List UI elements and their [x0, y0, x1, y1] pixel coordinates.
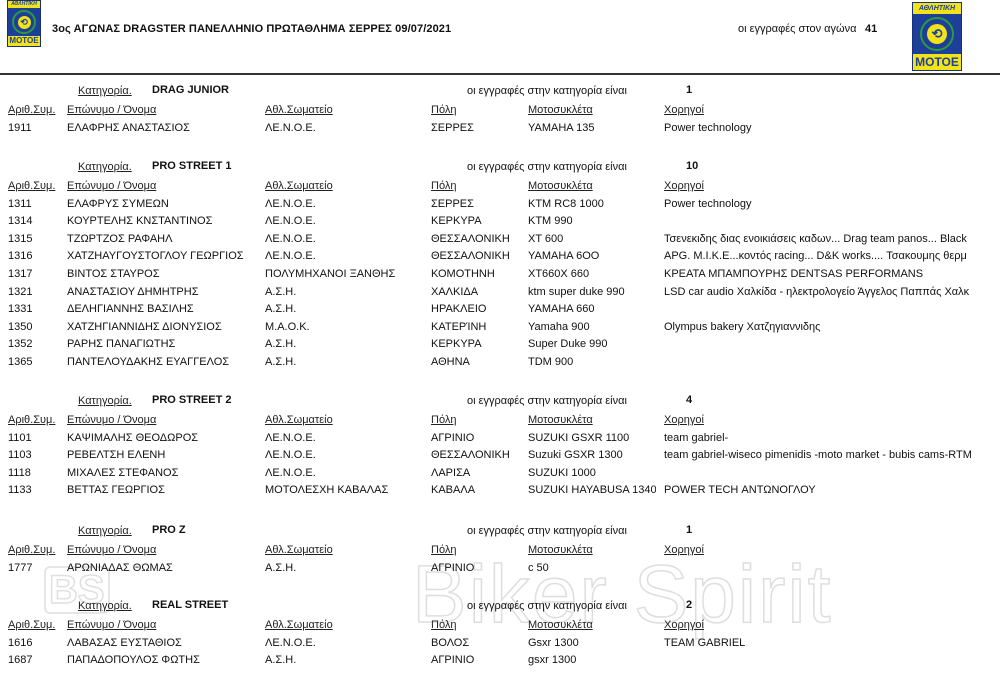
column-header-race-number: Αριθ.Συμ.	[8, 544, 63, 556]
cell-city: ΚΕΡΚΥΡΑ	[431, 338, 525, 350]
category-label: Κατηγορία.	[78, 525, 132, 537]
table-header-row: Αριθ.Συμ.Επώνυμο / ΌνομαΑθλ.ΣωματείοΠόλη…	[0, 178, 1000, 196]
column-header-rider-name: Επώνυμο / Όνομα	[67, 414, 262, 426]
column-header-club: Αθλ.Σωματείο	[265, 619, 425, 631]
cell-race-number: 1311	[8, 198, 63, 210]
category-name: REAL STREET	[152, 599, 228, 611]
cell-race-number: 1911	[8, 122, 63, 134]
category-section: Κατηγορία.DRAG JUNIORοι εγγραφές στην κα…	[0, 80, 1000, 137]
column-header-sponsors: Χορηγοί	[664, 544, 971, 556]
cell-rider-name: ΕΛΑΦΡΗΣ ΑΝΑΣΤΑΣΙΟΣ	[67, 122, 262, 134]
column-header-race-number: Αριθ.Συμ.	[8, 104, 63, 116]
cell-motorcycle: Suzuki GSXR 1300	[528, 449, 656, 461]
cell-club: ΛΕ.Ν.Ο.Ε.	[265, 233, 425, 245]
cell-city: ΣΕΡΡΕΣ	[431, 198, 525, 210]
category-count-label: οι εγγραφές στην κατηγορία είναι	[467, 395, 627, 407]
table-header-row: Αριθ.Συμ.Επώνυμο / ΌνομαΑθλ.ΣωματείοΠόλη…	[0, 617, 1000, 635]
cell-race-number: 1331	[8, 303, 63, 315]
cell-motorcycle: SUZUKI GSXR 1100	[528, 432, 656, 444]
category-header: Κατηγορία.PRO STREET 2οι εγγραφές στην κ…	[0, 390, 1000, 412]
category-label: Κατηγορία.	[78, 600, 132, 612]
cell-sponsors: team gabriel-wiseco pimenidis -moto mark…	[664, 449, 971, 461]
cell-race-number: 1321	[8, 286, 63, 298]
category-section: Κατηγορία.PRO Zοι εγγραφές στην κατηγορί…	[0, 520, 1000, 577]
column-header-rider-name: Επώνυμο / Όνομα	[67, 180, 262, 192]
column-header-city: Πόλη	[431, 414, 525, 426]
column-header-city: Πόλη	[431, 619, 525, 631]
cell-rider-name: ΔΕΛΗΓΙΑΝΝΗΣ ΒΑΣΙΛΗΣ	[67, 303, 262, 315]
cell-city: ΘΕΣΣΑΛΟΝΙΚΗ	[431, 250, 525, 262]
table-header-row: Αριθ.Συμ.Επώνυμο / ΌνομαΑθλ.ΣωματείοΠόλη…	[0, 542, 1000, 560]
cell-city: ΗΡΑΚΛΕΙΟ	[431, 303, 525, 315]
column-header-sponsors: Χορηγοί	[664, 104, 971, 116]
cell-city: ΚΟΜΟΤΗΝΗ	[431, 268, 525, 280]
table-row: 1365ΠΑΝΤΕΛΟΥΔΑΚΗΣ ΕΥΑΓΓΕΛΟΣΑ.Σ.Η.ΑΘΗΝΑTD…	[0, 354, 1000, 372]
table-row: 1103ΡΕΒΕΛΤΣΗ ΕΛΕΝΗΛΕ.Ν.Ο.Ε.ΘΕΣΣΑΛΟΝΙΚΗSu…	[0, 447, 1000, 465]
cell-motorcycle: YAMAHA 660	[528, 303, 656, 315]
header-divider	[0, 73, 1000, 75]
cell-rider-name: ΕΛΑΦΡΥΣ ΣΥΜΕΩΝ	[67, 198, 262, 210]
table-row: 1317ΒΙΝΤΟΣ ΣΤΑΥΡΟΣΠΟΛΥΜΗΧΑΝΟΙ ΞΑΝΘΗΣΚΟΜΟ…	[0, 266, 1000, 284]
table-row: 1311ΕΛΑΦΡΥΣ ΣΥΜΕΩΝΛΕ.Ν.Ο.Ε.ΣΕΡΡΕΣKTM RC8…	[0, 196, 1000, 214]
cell-motorcycle: TDM 900	[528, 356, 656, 368]
wreath-icon: ⟲	[920, 17, 954, 51]
category-label: Κατηγορία.	[78, 161, 132, 173]
column-header-motorcycle: Μοτοσυκλέτα	[528, 619, 656, 631]
cell-race-number: 1350	[8, 321, 63, 333]
cell-motorcycle: KTM RC8 1000	[528, 198, 656, 210]
wreath-icon: ⟲	[12, 10, 36, 34]
cell-motorcycle: SUZUKI HAYABUSA 1340	[528, 484, 656, 496]
category-header: Κατηγορία.PRO STREET 1οι εγγραφές στην κ…	[0, 156, 1000, 178]
cell-rider-name: ΠΑΝΤΕΛΟΥΔΑΚΗΣ ΕΥΑΓΓΕΛΟΣ	[67, 356, 262, 368]
cell-city: ΑΘΗΝΑ	[431, 356, 525, 368]
table-row: 1777ΑΡΩΝΙΑΔΑΣ ΘΩΜΑΣΑ.Σ.Η.ΑΓΡΙΝΙΟc 50	[0, 560, 1000, 578]
cell-rider-name: ΑΝΑΣΤΑΣΙΟΥ ΔΗΜΗΤΡΗΣ	[67, 286, 262, 298]
cell-club: ΠΟΛΥΜΗΧΑΝΟΙ ΞΑΝΘΗΣ	[265, 268, 425, 280]
category-count-label: οι εγγραφές στην κατηγορία είναι	[467, 600, 627, 612]
table-row: 1687ΠΑΠΑΔΟΠΟΥΛΟΣ ΦΩΤΗΣΑ.Σ.Η.ΑΓΡΙΝΙΟgsxr …	[0, 652, 1000, 670]
cell-rider-name: ΚΟΥΡΤΕΛΗΣ ΚΝΣΤΑΝΤΙΝΟΣ	[67, 215, 262, 227]
table-header-row: Αριθ.Συμ.Επώνυμο / ΌνομαΑθλ.ΣωματείοΠόλη…	[0, 412, 1000, 430]
column-header-club: Αθλ.Σωματείο	[265, 104, 425, 116]
motoe-logo-right: ΑΘΛΗΤΙΚΗ ⟲ ΜΟΤΟΕ	[912, 2, 962, 71]
column-header-rider-name: Επώνυμο / Όνομα	[67, 104, 262, 116]
cell-race-number: 1118	[8, 467, 63, 479]
table-row: 1321ΑΝΑΣΤΑΣΙΟΥ ΔΗΜΗΤΡΗΣΑ.Σ.Η.ΧΑΛΚΙΔΑktm …	[0, 284, 1000, 302]
cell-race-number: 1365	[8, 356, 63, 368]
cell-sponsors: LSD car audio Χαλκίδα - ηλεκτρολογείο Άγ…	[664, 286, 971, 298]
motoe-logo-left: ΑΘΛΗΤΙΚΗ ⟲ ΜΟΤΟΕ	[7, 0, 41, 47]
column-header-rider-name: Επώνυμο / Όνομα	[67, 619, 262, 631]
cell-rider-name: ΡΕΒΕΛΤΣΗ ΕΛΕΝΗ	[67, 449, 262, 461]
cell-race-number: 1315	[8, 233, 63, 245]
logo-top-text: ΑΘΛΗΤΙΚΗ	[8, 1, 40, 8]
logo-top-text: ΑΘΛΗΤΙΚΗ	[913, 3, 961, 14]
cell-club: ΛΕ.Ν.Ο.Ε.	[265, 250, 425, 262]
cell-race-number: 1316	[8, 250, 63, 262]
cell-rider-name: ΠΑΠΑΔΟΠΟΥΛΟΣ ΦΩΤΗΣ	[67, 654, 262, 666]
cell-motorcycle: c 50	[528, 562, 656, 574]
category-name: PRO Z	[152, 524, 186, 536]
cell-club: Α.Σ.Η.	[265, 338, 425, 350]
cell-club: ΛΕ.Ν.Ο.Ε.	[265, 215, 425, 227]
column-header-club: Αθλ.Σωματείο	[265, 414, 425, 426]
cell-club: Α.Σ.Η.	[265, 303, 425, 315]
cell-city: ΑΓΡΙΝΙΟ	[431, 562, 525, 574]
table-row: 1315ΤΖΩΡΤΖΟΣ ΡΑΦΑΗΛΛΕ.Ν.Ο.Ε.ΘΕΣΣΑΛΟΝΙΚΗX…	[0, 231, 1000, 249]
cell-sponsors: Power technology	[664, 122, 971, 134]
category-name: PRO STREET 1	[152, 160, 231, 172]
category-section: Κατηγορία.PRO STREET 2οι εγγραφές στην κ…	[0, 390, 1000, 500]
cell-club: ΛΕ.Ν.Ο.Ε.	[265, 637, 425, 649]
column-header-race-number: Αριθ.Συμ.	[8, 414, 63, 426]
cell-race-number: 1687	[8, 654, 63, 666]
column-header-race-number: Αριθ.Συμ.	[8, 180, 63, 192]
cell-city: ΚΑΒΑΛΑ	[431, 484, 525, 496]
cell-motorcycle: Super Duke 990	[528, 338, 656, 350]
category-header: Κατηγορία.PRO Zοι εγγραφές στην κατηγορί…	[0, 520, 1000, 542]
cell-club: Μ.Α.Ο.Κ.	[265, 321, 425, 333]
arrows-icon: ⟲	[18, 16, 31, 29]
table-row: 1133ΒΕΤΤΑΣ ΓΕΩΡΓΙΟΣΜΟΤΟΛΕΣΧΗ ΚΑΒΑΛΑΣΚΑΒΑ…	[0, 482, 1000, 500]
column-header-city: Πόλη	[431, 104, 525, 116]
cell-club: ΛΕ.Ν.Ο.Ε.	[265, 467, 425, 479]
cell-motorcycle: YAMAHA 135	[528, 122, 656, 134]
cell-motorcycle: YAMAHA 6OO	[528, 250, 656, 262]
cell-rider-name: ΧΑΤΖΗΑΥΓΟΥΣΤΟΓΛΟΥ ΓΕΩΡΓΙΟΣ	[67, 250, 262, 262]
cell-race-number: 1314	[8, 215, 63, 227]
cell-club: Α.Σ.Η.	[265, 356, 425, 368]
cell-motorcycle: XT 600	[528, 233, 656, 245]
cell-rider-name: ΜΙΧΑΛΕΣ ΣΤΕΦΑΝΟΣ	[67, 467, 262, 479]
cell-motorcycle: ktm super duke 990	[528, 286, 656, 298]
cell-race-number: 1777	[8, 562, 63, 574]
cell-sponsors: ΚΡΕΑΤΑ ΜΠΑΜΠΟΥΡΗΣ DENTSAS PERFORMANS	[664, 268, 971, 280]
cell-city: ΚΑΤΕΡΊΝΗ	[431, 321, 525, 333]
logo-bottom-text: ΜΟΤΟΕ	[8, 36, 40, 46]
cell-sponsors: team gabriel-	[664, 432, 971, 444]
category-header: Κατηγορία.REAL STREETοι εγγραφές στην κα…	[0, 595, 1000, 617]
cell-city: ΣΕΡΡΕΣ	[431, 122, 525, 134]
cell-club: Α.Σ.Η.	[265, 286, 425, 298]
cell-city: ΘΕΣΣΑΛΟΝΙΚΗ	[431, 233, 525, 245]
column-header-motorcycle: Μοτοσυκλέτα	[528, 414, 656, 426]
cell-rider-name: ΑΡΩΝΙΑΔΑΣ ΘΩΜΑΣ	[67, 562, 262, 574]
cell-sponsors: TEAM GABRIEL	[664, 637, 971, 649]
column-header-race-number: Αριθ.Συμ.	[8, 619, 63, 631]
cell-race-number: 1317	[8, 268, 63, 280]
cell-sponsors: Olympus bakery Χατζηγιαννιδης	[664, 321, 971, 333]
column-header-sponsors: Χορηγοί	[664, 619, 971, 631]
arrows-icon: ⟲	[927, 24, 947, 44]
cell-club: ΛΕ.Ν.Ο.Ε.	[265, 432, 425, 444]
cell-sponsors: Power technology	[664, 198, 971, 210]
cell-city: ΑΓΡΙΝΙΟ	[431, 432, 525, 444]
cell-rider-name: ΛΑΒΑΣΑΣ ΕΥΣΤΑΘΙΟΣ	[67, 637, 262, 649]
category-name: DRAG JUNIOR	[152, 84, 229, 96]
category-section: Κατηγορία.PRO STREET 1οι εγγραφές στην κ…	[0, 156, 1000, 372]
cell-motorcycle: KTM 990	[528, 215, 656, 227]
cell-rider-name: ΡΑΡΗΣ ΠΑΝΑΓΙΩΤΗΣ	[67, 338, 262, 350]
table-row: 1616ΛΑΒΑΣΑΣ ΕΥΣΤΑΘΙΟΣΛΕ.Ν.Ο.Ε.ΒΟΛΟΣ Gsxr…	[0, 635, 1000, 653]
cell-motorcycle: gsxr 1300	[528, 654, 656, 666]
cell-club: ΜΟΤΟΛΕΣΧΗ ΚΑΒΑΛΑΣ	[265, 484, 425, 496]
table-row: 1350ΧΑΤΖΗΓΙΑΝΝΙΔΗΣ ΔΙΟΝΥΣΙΟΣΜ.Α.Ο.Κ.ΚΑΤΕ…	[0, 319, 1000, 337]
category-count-label: οι εγγραφές στην κατηγορία είναι	[467, 161, 627, 173]
cell-motorcycle: SUZUKI 1000	[528, 467, 656, 479]
cell-city: ΧΑΛΚΙΔΑ	[431, 286, 525, 298]
category-header: Κατηγορία.DRAG JUNIORοι εγγραφές στην κα…	[0, 80, 1000, 102]
table-row: 1118ΜΙΧΑΛΕΣ ΣΤΕΦΑΝΟΣΛΕ.Ν.Ο.Ε.ΛΑΡΙΣΑSUZUK…	[0, 465, 1000, 483]
category-label: Κατηγορία.	[78, 395, 132, 407]
table-header-row: Αριθ.Συμ.Επώνυμο / ΌνομαΑθλ.ΣωματείοΠόλη…	[0, 102, 1000, 120]
column-header-city: Πόλη	[431, 544, 525, 556]
cell-club: ΛΕ.Ν.Ο.Ε.	[265, 449, 425, 461]
cell-rider-name: ΚΑΨΙΜΑΛΗΣ ΘΕΟΔΩΡΟΣ	[67, 432, 262, 444]
page-title: 3ος ΑΓΩΝΑΣ DRAGSTER ΠΑΝΕΛΛΗΝΙΟ ΠΡΩΤΑΘΛΗΜ…	[52, 23, 451, 35]
total-entries-label: οι εγγραφές στον αγώνα	[738, 23, 857, 35]
cell-rider-name: ΧΑΤΖΗΓΙΑΝΝΙΔΗΣ ΔΙΟΝΥΣΙΟΣ	[67, 321, 262, 333]
category-label: Κατηγορία.	[78, 85, 132, 97]
table-row: 1316ΧΑΤΖΗΑΥΓΟΥΣΤΟΓΛΟΥ ΓΕΩΡΓΙΟΣΛΕ.Ν.Ο.Ε.Θ…	[0, 248, 1000, 266]
cell-city: ΒΟΛΟΣ	[431, 637, 525, 649]
cell-city: ΚΕΡΚΥΡΑ	[431, 215, 525, 227]
column-header-city: Πόλη	[431, 180, 525, 192]
category-count: 1	[686, 84, 692, 96]
category-section: Κατηγορία.REAL STREETοι εγγραφές στην κα…	[0, 595, 1000, 670]
cell-club: Α.Σ.Η.	[265, 562, 425, 574]
table-row: 1331ΔΕΛΗΓΙΑΝΝΗΣ ΒΑΣΙΛΗΣΑ.Σ.Η.ΗΡΑΚΛΕΙΟYAM…	[0, 301, 1000, 319]
category-count-label: οι εγγραφές στην κατηγορία είναι	[467, 525, 627, 537]
cell-motorcycle: XT660X 660	[528, 268, 656, 280]
cell-race-number: 1103	[8, 449, 63, 461]
cell-club: ΛΕ.Ν.Ο.Ε.	[265, 122, 425, 134]
cell-race-number: 1352	[8, 338, 63, 350]
column-header-motorcycle: Μοτοσυκλέτα	[528, 544, 656, 556]
category-count: 10	[686, 160, 698, 172]
cell-motorcycle: Yamaha 900	[528, 321, 656, 333]
column-header-motorcycle: Μοτοσυκλέτα	[528, 180, 656, 192]
column-header-rider-name: Επώνυμο / Όνομα	[67, 544, 262, 556]
logo-bottom-text: ΜΟΤΟΕ	[913, 54, 961, 70]
cell-club: ΛΕ.Ν.Ο.Ε.	[265, 198, 425, 210]
total-entries-count: 41	[865, 23, 877, 35]
table-row: 1911ΕΛΑΦΡΗΣ ΑΝΑΣΤΑΣΙΟΣΛΕ.Ν.Ο.Ε.ΣΕΡΡΕΣYAM…	[0, 120, 1000, 138]
table-row: 1101ΚΑΨΙΜΑΛΗΣ ΘΕΟΔΩΡΟΣΛΕ.Ν.Ο.Ε.ΑΓΡΙΝΙΟSU…	[0, 430, 1000, 448]
column-header-sponsors: Χορηγοί	[664, 414, 971, 426]
cell-club: Α.Σ.Η.	[265, 654, 425, 666]
cell-city: ΘΕΣΣΑΛΟΝΙΚΗ	[431, 449, 525, 461]
table-row: 1314ΚΟΥΡΤΕΛΗΣ ΚΝΣΤΑΝΤΙΝΟΣΛΕ.Ν.Ο.Ε.ΚΕΡΚΥΡ…	[0, 213, 1000, 231]
table-row: 1352ΡΑΡΗΣ ΠΑΝΑΓΙΩΤΗΣΑ.Σ.Η.ΚΕΡΚΥΡΑSuper D…	[0, 336, 1000, 354]
column-header-club: Αθλ.Σωματείο	[265, 180, 425, 192]
cell-city: ΑΓΡΙΝΙΟ	[431, 654, 525, 666]
category-count: 2	[686, 599, 692, 611]
cell-rider-name: ΤΖΩΡΤΖΟΣ ΡΑΦΑΗΛ	[67, 233, 262, 245]
cell-sponsors: POWER TECH ΑΝΤΩΝΟΓΛΟΥ	[664, 484, 971, 496]
column-header-sponsors: Χορηγοί	[664, 180, 971, 192]
cell-rider-name: ΒΙΝΤΟΣ ΣΤΑΥΡΟΣ	[67, 268, 262, 280]
cell-city: ΛΑΡΙΣΑ	[431, 467, 525, 479]
cell-race-number: 1133	[8, 484, 63, 496]
category-count: 1	[686, 524, 692, 536]
cell-sponsors: APG. M.I.K.E...κοντός racing... D&K work…	[664, 250, 971, 262]
column-header-motorcycle: Μοτοσυκλέτα	[528, 104, 656, 116]
category-name: PRO STREET 2	[152, 394, 231, 406]
category-count: 4	[686, 394, 692, 406]
cell-race-number: 1101	[8, 432, 63, 444]
cell-sponsors: Τσενεκιδης διας ενοικιάσεις καδων... Dra…	[664, 233, 971, 245]
column-header-club: Αθλ.Σωματείο	[265, 544, 425, 556]
cell-rider-name: ΒΕΤΤΑΣ ΓΕΩΡΓΙΟΣ	[67, 484, 262, 496]
cell-motorcycle: Gsxr 1300	[528, 637, 656, 649]
cell-race-number: 1616	[8, 637, 63, 649]
category-count-label: οι εγγραφές στην κατηγορία είναι	[467, 85, 627, 97]
